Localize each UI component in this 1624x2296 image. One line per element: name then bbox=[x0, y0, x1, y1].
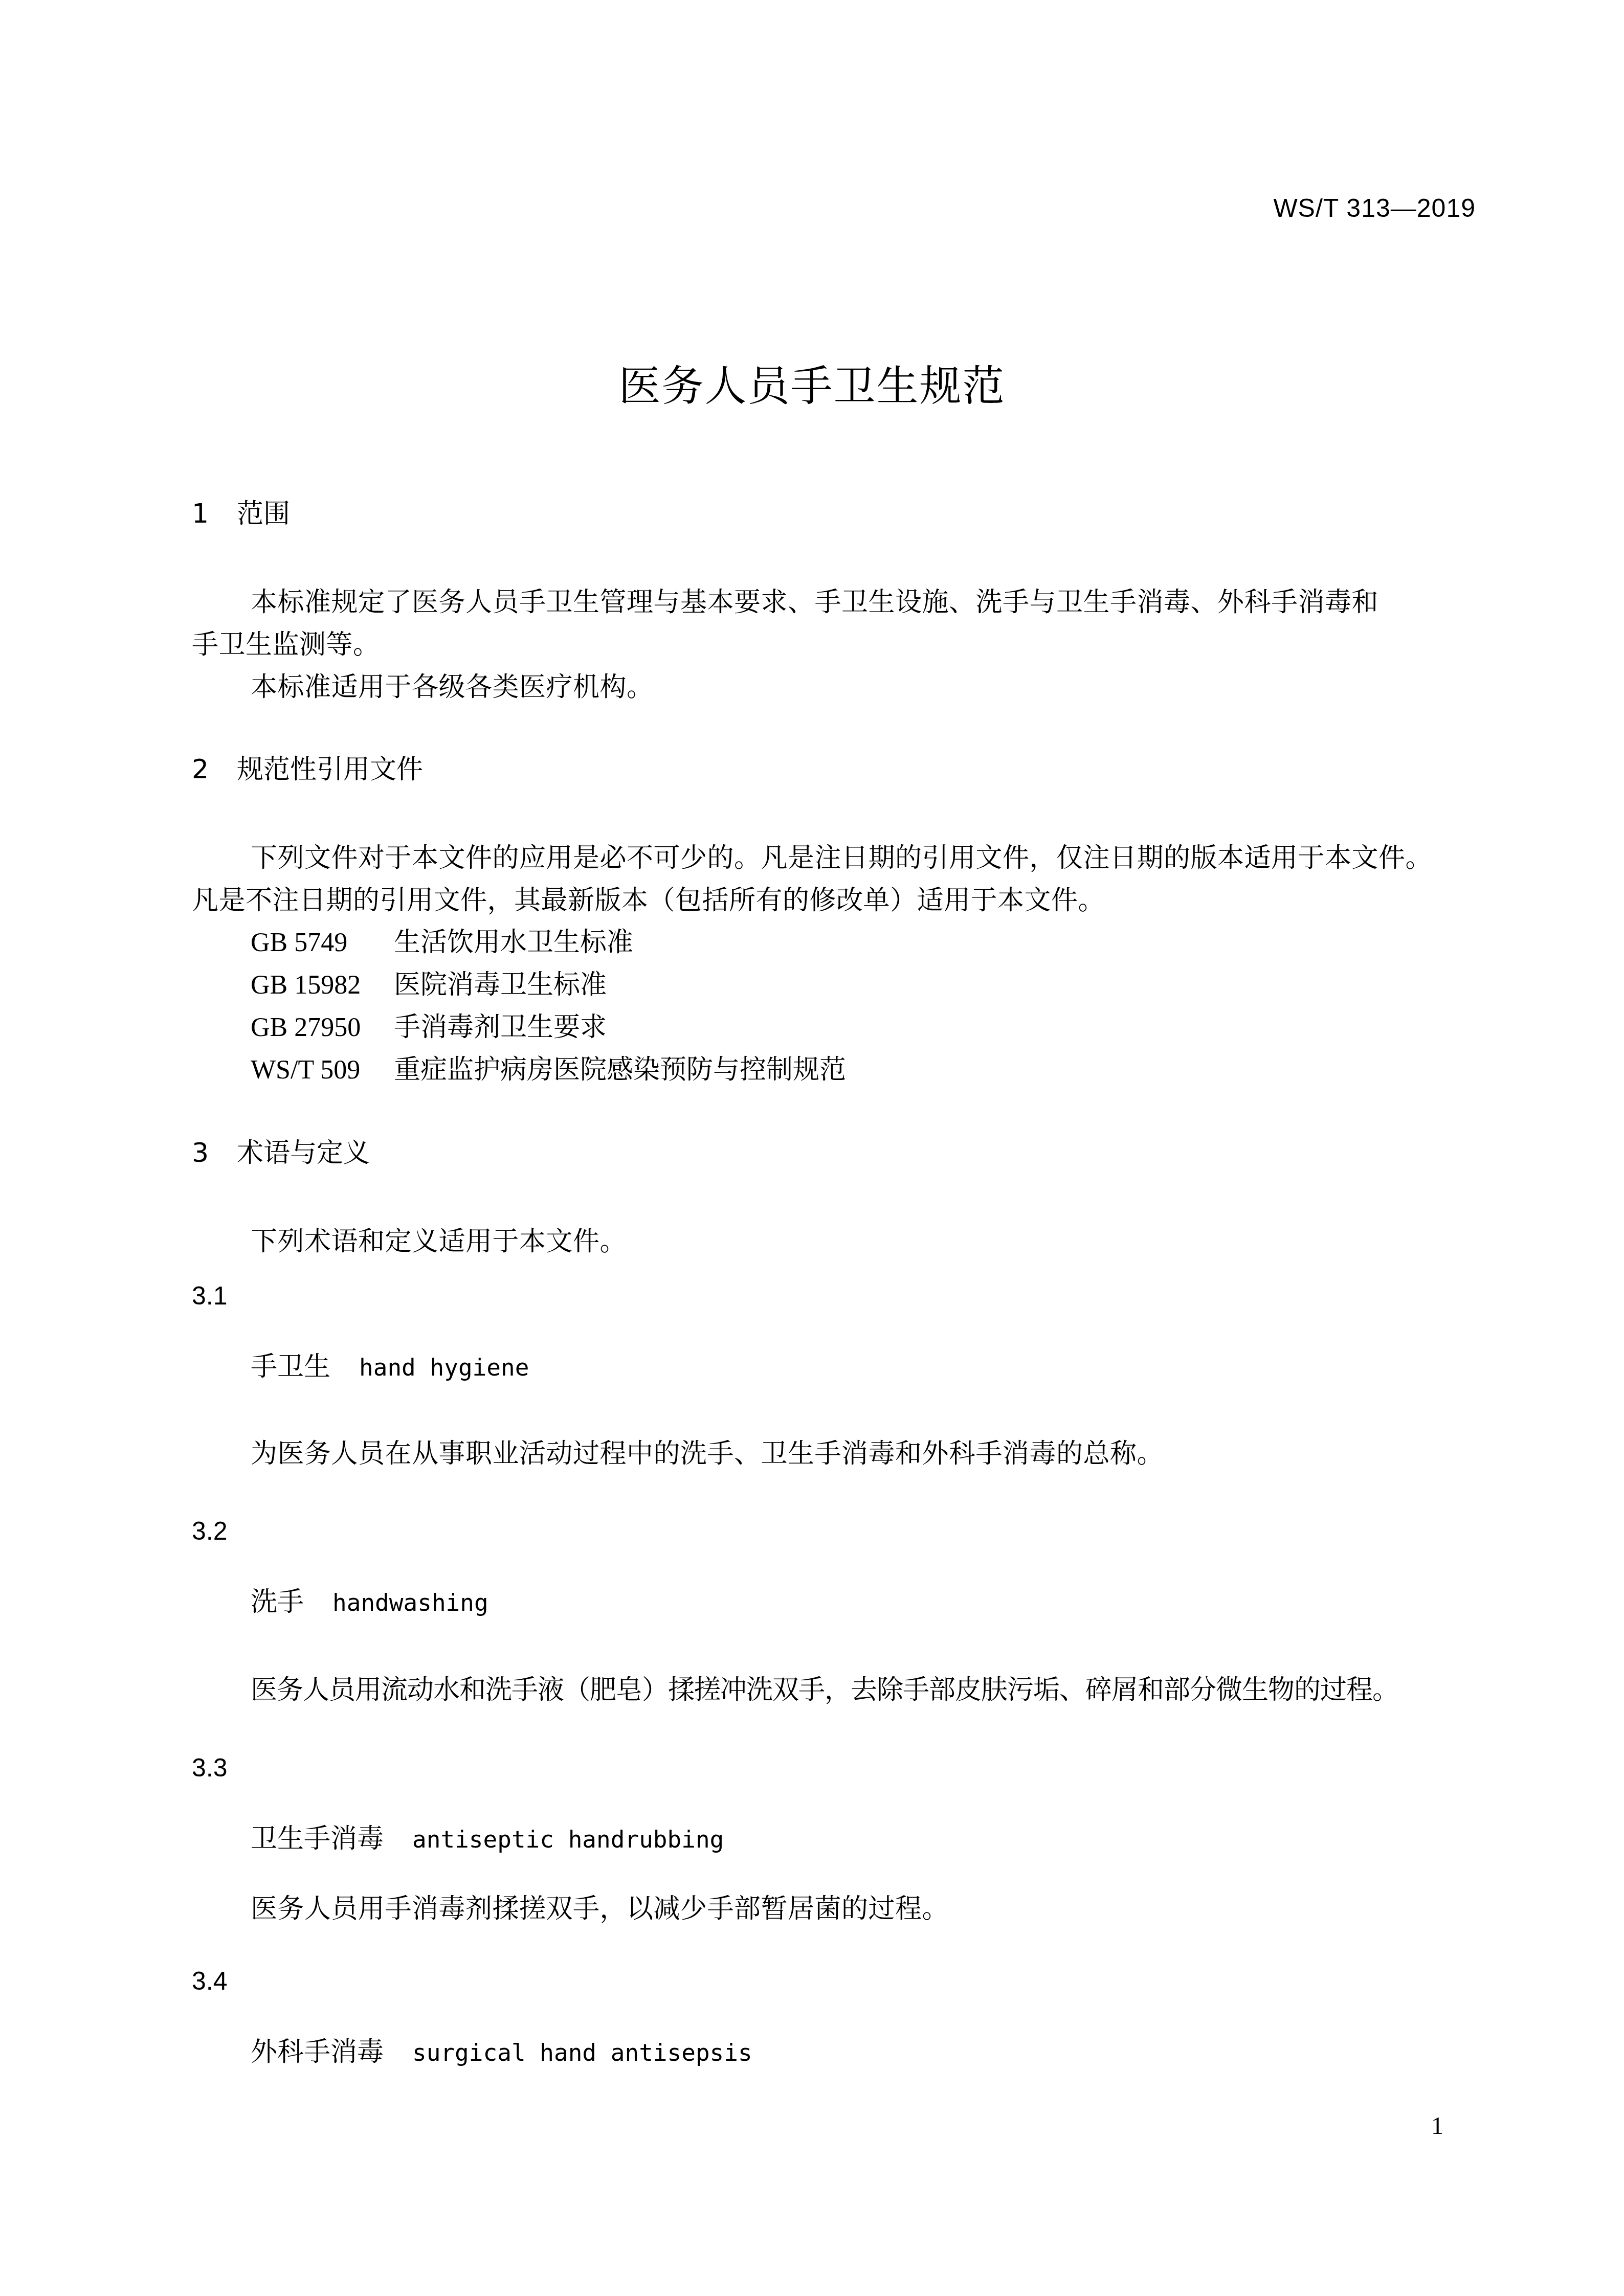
term-chinese: 卫生手消毒 bbox=[251, 1817, 384, 1855]
term-number: 3.1 bbox=[192, 1281, 228, 1311]
term-definition: 医务人员用流动水和洗手液（肥皂）揉搓冲洗双手，去除手部皮肤污垢、碎屑和部分微生物… bbox=[251, 1668, 1398, 1706]
reference-item: GB 27950 手消毒剂卫生要求 bbox=[251, 1005, 607, 1044]
reference-code: GB 15982 bbox=[251, 970, 394, 1000]
reference-code: GB 27950 bbox=[251, 1012, 394, 1043]
section-2-heading: 2规范性引用文件 bbox=[192, 748, 423, 786]
reference-item: GB 15982 医院消毒卫生标准 bbox=[251, 963, 607, 1001]
document-page: WS/T 313—2019 医务人员手卫生规范 1范围 本标准规定了医务人员手卫… bbox=[0, 0, 1624, 2296]
section-number: 2 bbox=[192, 754, 237, 785]
scope-paragraph-1-line-1: 本标准规定了医务人员手卫生管理与基本要求、手卫生设施、洗手与卫生手消毒、外科手消… bbox=[251, 580, 1378, 619]
term-heading: 洗手 handwashing bbox=[251, 1580, 488, 1618]
term-chinese: 洗手 bbox=[251, 1580, 304, 1618]
section-number: 1 bbox=[192, 499, 237, 529]
reference-code: GB 5749 bbox=[251, 928, 394, 958]
standard-code: WS/T 313—2019 bbox=[1273, 193, 1476, 223]
term-english: surgical hand antisepsis bbox=[412, 2039, 752, 2066]
references-intro-line-1: 下列文件对于本文件的应用是必不可少的。凡是注日期的引用文件，仅注日期的版本适用于… bbox=[251, 836, 1432, 874]
reference-title: 手消毒剂卫生要求 bbox=[394, 1005, 607, 1044]
section-title: 规范性引用文件 bbox=[237, 754, 423, 785]
reference-title: 重症监护病房医院感染预防与控制规范 bbox=[394, 1048, 846, 1086]
reference-title: 医院消毒卫生标准 bbox=[394, 963, 607, 1001]
scope-paragraph-1-line-2: 手卫生监测等。 bbox=[192, 623, 380, 661]
references-intro-line-2: 凡是不注日期的引用文件，其最新版本（包括所有的修改单）适用于本文件。 bbox=[192, 879, 1105, 917]
term-number: 3.2 bbox=[192, 1516, 228, 1546]
term-definition: 为医务人员在从事职业活动过程中的洗手、卫生手消毒和外科手消毒的总称。 bbox=[251, 1432, 1164, 1470]
term-english: antiseptic handrubbing bbox=[412, 1826, 724, 1853]
term-chinese: 外科手消毒 bbox=[251, 2030, 384, 2068]
document-title: 医务人员手卫生规范 bbox=[0, 353, 1624, 413]
reference-item: GB 5749 生活饮用水卫生标准 bbox=[251, 920, 633, 959]
section-title: 术语与定义 bbox=[237, 1138, 370, 1168]
term-definition: 医务人员用手消毒剂揉搓双手，以减少手部暂居菌的过程。 bbox=[251, 1887, 949, 1925]
reference-item: WS/T 509 重症监护病房医院感染预防与控制规范 bbox=[251, 1048, 846, 1086]
page-number: 1 bbox=[1431, 2112, 1443, 2140]
reference-code: WS/T 509 bbox=[251, 1055, 394, 1085]
term-english: hand hygiene bbox=[359, 1354, 529, 1381]
term-chinese: 手卫生 bbox=[251, 1345, 330, 1383]
terms-intro: 下列术语和定义适用于本文件。 bbox=[251, 1220, 627, 1258]
term-heading: 卫生手消毒 antiseptic handrubbing bbox=[251, 1817, 724, 1855]
section-1-heading: 1范围 bbox=[192, 492, 290, 530]
term-heading: 外科手消毒 surgical hand antisepsis bbox=[251, 2030, 752, 2068]
term-heading: 手卫生 hand hygiene bbox=[251, 1345, 529, 1383]
reference-title: 生活饮用水卫生标准 bbox=[394, 920, 633, 959]
section-number: 3 bbox=[192, 1138, 237, 1168]
scope-paragraph-2: 本标准适用于各级各类医疗机构。 bbox=[251, 665, 654, 704]
section-3-heading: 3术语与定义 bbox=[192, 1131, 370, 1169]
term-number: 3.3 bbox=[192, 1753, 228, 1783]
term-english: handwashing bbox=[332, 1589, 488, 1616]
term-number: 3.4 bbox=[192, 1966, 228, 1996]
section-title: 范围 bbox=[237, 499, 290, 529]
